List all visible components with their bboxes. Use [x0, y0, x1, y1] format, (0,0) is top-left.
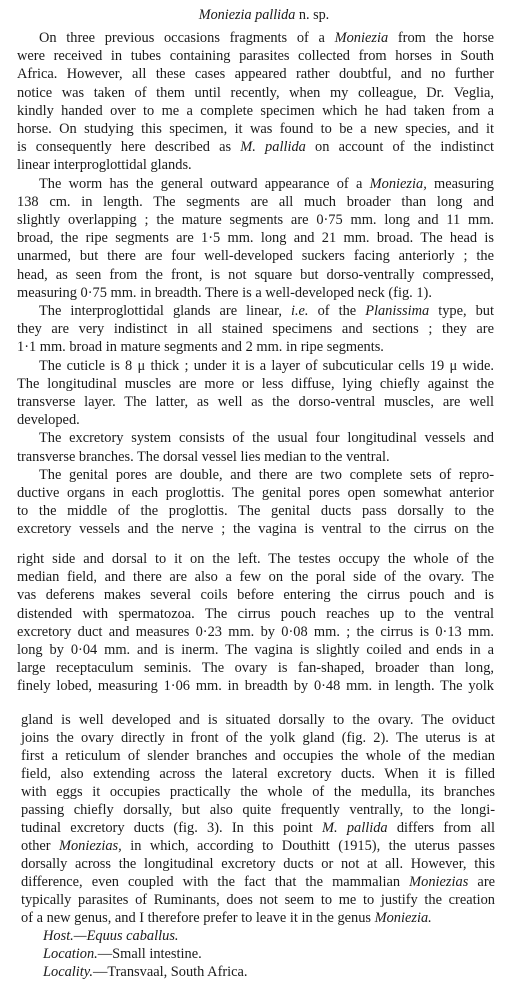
- text-line: vas deferens makes several coils before …: [17, 586, 494, 605]
- text-line: unarmed, but there are four well-develop…: [17, 247, 494, 266]
- text-line: joins the ovary directly in front of the…: [21, 729, 495, 748]
- text-line: other Moniezias, in which, according to …: [21, 837, 495, 856]
- text-line: The cuticle is 8 μ thick ; under it is a…: [17, 357, 494, 376]
- text-line: they are very indistinct in all stained …: [17, 320, 494, 339]
- text-line: Africa. However, all these cases appeare…: [17, 65, 494, 84]
- text-line: excretory duct and measures 0·23 mm. by …: [17, 623, 494, 642]
- text-line: On three previous occasions fragments of…: [17, 29, 494, 48]
- title-suffix: n. sp.: [295, 7, 329, 23]
- text-line: The genital pores are double, and there …: [17, 466, 494, 485]
- text-line: broad, the ripe segments are 1·5 mm. lon…: [17, 229, 494, 248]
- text-line: measuring 0·75 mm. in breadth. There is …: [17, 284, 494, 303]
- text-line: ductive organs in each proglottis. The g…: [17, 484, 494, 503]
- text-line: gland is well developed and is situated …: [21, 711, 495, 730]
- text-line: slightly overlapping ; the mature segmen…: [17, 211, 494, 230]
- document-page: Moniezia pallida n. sp. On three previou…: [0, 0, 528, 996]
- text-line: transverse branches. The dorsal vessel l…: [17, 448, 494, 467]
- text-line: linear interproglottidal glands.: [17, 156, 494, 175]
- text-line: of a new genus, and I therefore prefer t…: [21, 909, 495, 928]
- text-line: tudinal excretory ducts (fig. 3). In thi…: [21, 819, 495, 838]
- text-line: right side and dorsal to it on the left.…: [17, 550, 494, 569]
- text-line: finely lobed, measuring 1·06 mm. in brea…: [17, 677, 494, 696]
- text-line: The longitudinal muscles are more or les…: [17, 375, 494, 394]
- text-line: passing chiefly dorsally, but also quite…: [21, 801, 495, 820]
- text-line: head, as seen from the front, is not squ…: [17, 266, 494, 285]
- text-line: difference, even coupled with the fact t…: [21, 873, 495, 892]
- text-line: kindly handed over to me a complete spec…: [17, 102, 494, 121]
- text-line: Host.—Equus caballus.: [21, 927, 495, 946]
- text-line: 1·1 mm. broad in mature segments and 2 m…: [17, 338, 494, 357]
- text-line: The worm has the general outward appeara…: [17, 175, 494, 194]
- text-line: first a reticulum of slender branches an…: [21, 747, 495, 766]
- text-line: distended with spermatozoa. The cirrus p…: [17, 605, 494, 624]
- text-line: median field, and there are also a few o…: [17, 568, 494, 587]
- text-line: with eggs it occupies practically the wh…: [21, 783, 495, 802]
- text-line: typically parasites of Ruminants, does n…: [21, 891, 495, 910]
- text-line: were received in tubes containing parasi…: [17, 47, 494, 66]
- text-line: transverse layer. The latter, as well as…: [17, 393, 494, 412]
- text-line: developed.: [17, 411, 494, 430]
- text-line: notice was taken of them until recently,…: [17, 84, 494, 103]
- text-line: The interproglottidal glands are linear,…: [17, 302, 494, 321]
- text-line: Location.—Small intestine.: [21, 945, 495, 964]
- section-title: Moniezia pallida n. sp.: [0, 6, 528, 24]
- text-line: to the middle of the proglottis. The gen…: [17, 502, 494, 521]
- text-line: large receptaculum seminis. The ovary is…: [17, 659, 494, 678]
- species-name: Moniezia pallida: [199, 7, 296, 23]
- text-line: excretory vessels and the nerve ; the va…: [17, 520, 494, 539]
- text-line: is consequently here described as M. pal…: [17, 138, 494, 157]
- text-line: dorsally across the longitudinal excreto…: [21, 855, 495, 874]
- text-line: field, also extending across the lateral…: [21, 765, 495, 784]
- text-line: horse. On studying this specimen, it was…: [17, 120, 494, 139]
- text-line: 138 cm. in length. The segments are all …: [17, 193, 494, 212]
- text-line: Locality.—Transvaal, South Africa.: [21, 963, 495, 982]
- text-line: long by 0·04 mm. and is inerm. The vagin…: [17, 641, 494, 660]
- text-line: The excretory system consists of the usu…: [17, 429, 494, 448]
